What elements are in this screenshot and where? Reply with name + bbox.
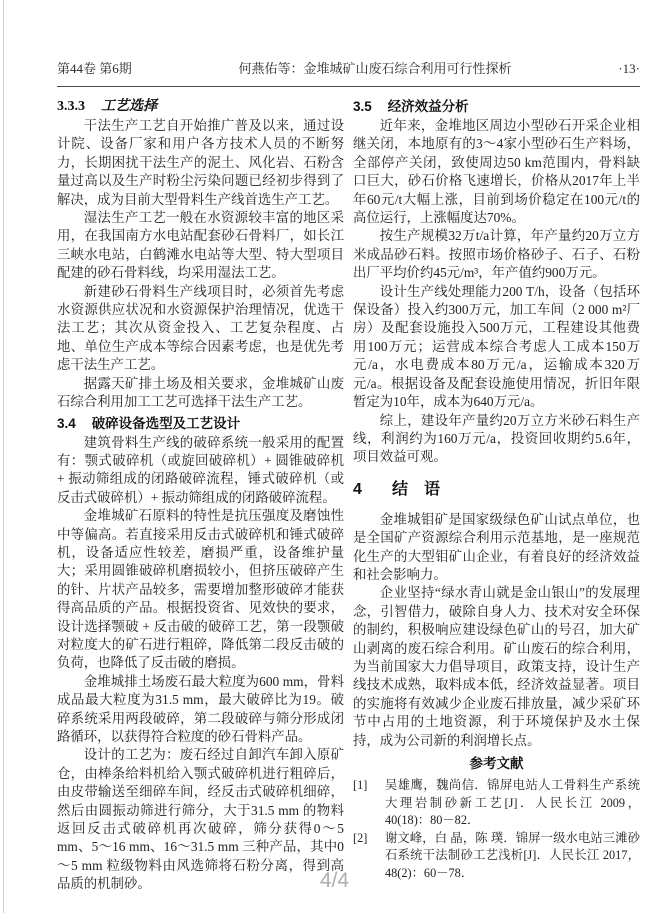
paragraph-conclusion-1: 金堆城钼矿是国家级绿色矿山试点单位，也是全国矿产资源综合利用示范基地，是一座规范… <box>353 511 640 585</box>
paragraph-crushing-ratio: 金堆城排土场废石最大粒度为600 mm，骨料成品最大粒度为31.5 mm，最大破… <box>57 673 344 747</box>
heading-number: 3.4 <box>57 416 76 431</box>
paragraph-new-line-considerations: 新建砂石骨料生产线项目时，必须首先考虑水资源供应状况和水资源保护治理情况，优选干… <box>57 283 344 375</box>
section-heading-3-5: 3.5 经济效益分析 <box>353 97 640 116</box>
reference-text: 吴雄鹰，魏尚信．锦屏电站人工骨料生产系统大理岩制砂新工艺[J]．人民长江 200… <box>379 777 640 830</box>
reference-label: [1] <box>353 777 379 830</box>
heading-number: 3.5 <box>353 99 372 114</box>
paragraph-conclusion-2: 企业坚持“绿水青山就是金山银山”的发展理念，引智借力，破除自身人力、技术对安全环… <box>353 584 640 750</box>
heading-title: 结 语 <box>392 481 440 498</box>
section-heading-3-3-3: 3.3.3 工艺选择 <box>57 97 344 116</box>
heading-title: 工艺选择 <box>101 99 157 114</box>
paragraph-dry-process-choice: 据露天矿排土场及相关要求，金堆城矿山废石综合利用加工工艺可选择干法生产工艺。 <box>57 375 344 412</box>
reference-item: [1] 吴雄鹰，魏尚信．锦屏电站人工骨料生产系统大理岩制砂新工艺[J]．人民长江… <box>353 777 640 830</box>
page-header: 第44卷 第6期 何燕佑等：金堆城矿山废石综合利用可行性探析 ·13· <box>57 61 640 77</box>
heading-title: 经济效益分析 <box>388 99 469 114</box>
right-column: 3.5 经济效益分析 近年来，金堆地区周边小型砂石开采企业相继关闭，本地原有的3… <box>353 95 640 894</box>
references-section: 参考文献 [1] 吴雄鹰，魏尚信．锦屏电站人工骨料生产系统大理岩制砂新工艺[J]… <box>353 754 640 883</box>
header-page-number: ·13· <box>618 61 640 77</box>
heading-number: 4 <box>353 481 362 498</box>
references-heading: 参考文献 <box>353 754 640 774</box>
header-rule <box>57 86 640 87</box>
left-column: 3.3.3 工艺选择 干法生产工艺自开始推广普及以来，通过设计院、设备厂家和用户… <box>57 95 344 894</box>
paragraph-annual-output: 按生产规模32万t/a计算，年产量约20万立方米成品砂石料。按照市场价格砂子、石… <box>353 227 640 282</box>
paragraph-cost-analysis: 设计生产线处理能力200 T/h，设备（包括环保设备）投入约300万元，加工车间… <box>353 283 640 412</box>
article-body: 3.3.3 工艺选择 干法生产工艺自开始推广普及以来，通过设计院、设备厂家和用户… <box>57 95 640 894</box>
paragraph-market-prices: 近年来，金堆地区周边小型砂石开采企业相继关闭，本地原有的3～4家小型砂石生产料场… <box>353 117 640 227</box>
paragraph-dry-process: 干法生产工艺自开始推广普及以来，通过设计院、设备厂家和用户各方技术人员的不断努力… <box>57 117 344 209</box>
paragraph-ore-characteristics: 金堆城矿石原料的特性是抗压强度及磨蚀性中等偏高。若直接采用反击式破碎机和锤式破碎… <box>57 507 344 673</box>
journal-issue: 第44卷 第6期 <box>57 61 132 77</box>
running-title: 何燕佑等：金堆城矿山废石综合利用可行性探析 <box>132 61 619 77</box>
section-heading-3-4: 3.4 破碎设备选型及工艺设计 <box>57 414 344 433</box>
paragraph-crusher-configurations: 建筑骨料生产线的破碎系统一般采用的配置有：颚式破碎机（或旋回破碎机）+ 圆锥破碎… <box>57 434 344 508</box>
page-indicator: 4/4 <box>0 869 669 893</box>
heading-title: 破碎设备选型及工艺设计 <box>92 416 241 431</box>
paragraph-profit-summary: 综上，建设年产量约20万立方米砂石料生产线，利润约为160万元/a，投资回收期约… <box>353 412 640 467</box>
paragraph-wet-process: 湿法生产工艺一般在水资源较丰富的地区采用，在我国南方水电站配套砂石骨料厂，如长江… <box>57 209 344 283</box>
heading-number: 3.3.3 <box>57 99 85 114</box>
section-heading-4-conclusion: 4 结 语 <box>353 479 640 501</box>
page-left-edge <box>3 0 4 913</box>
